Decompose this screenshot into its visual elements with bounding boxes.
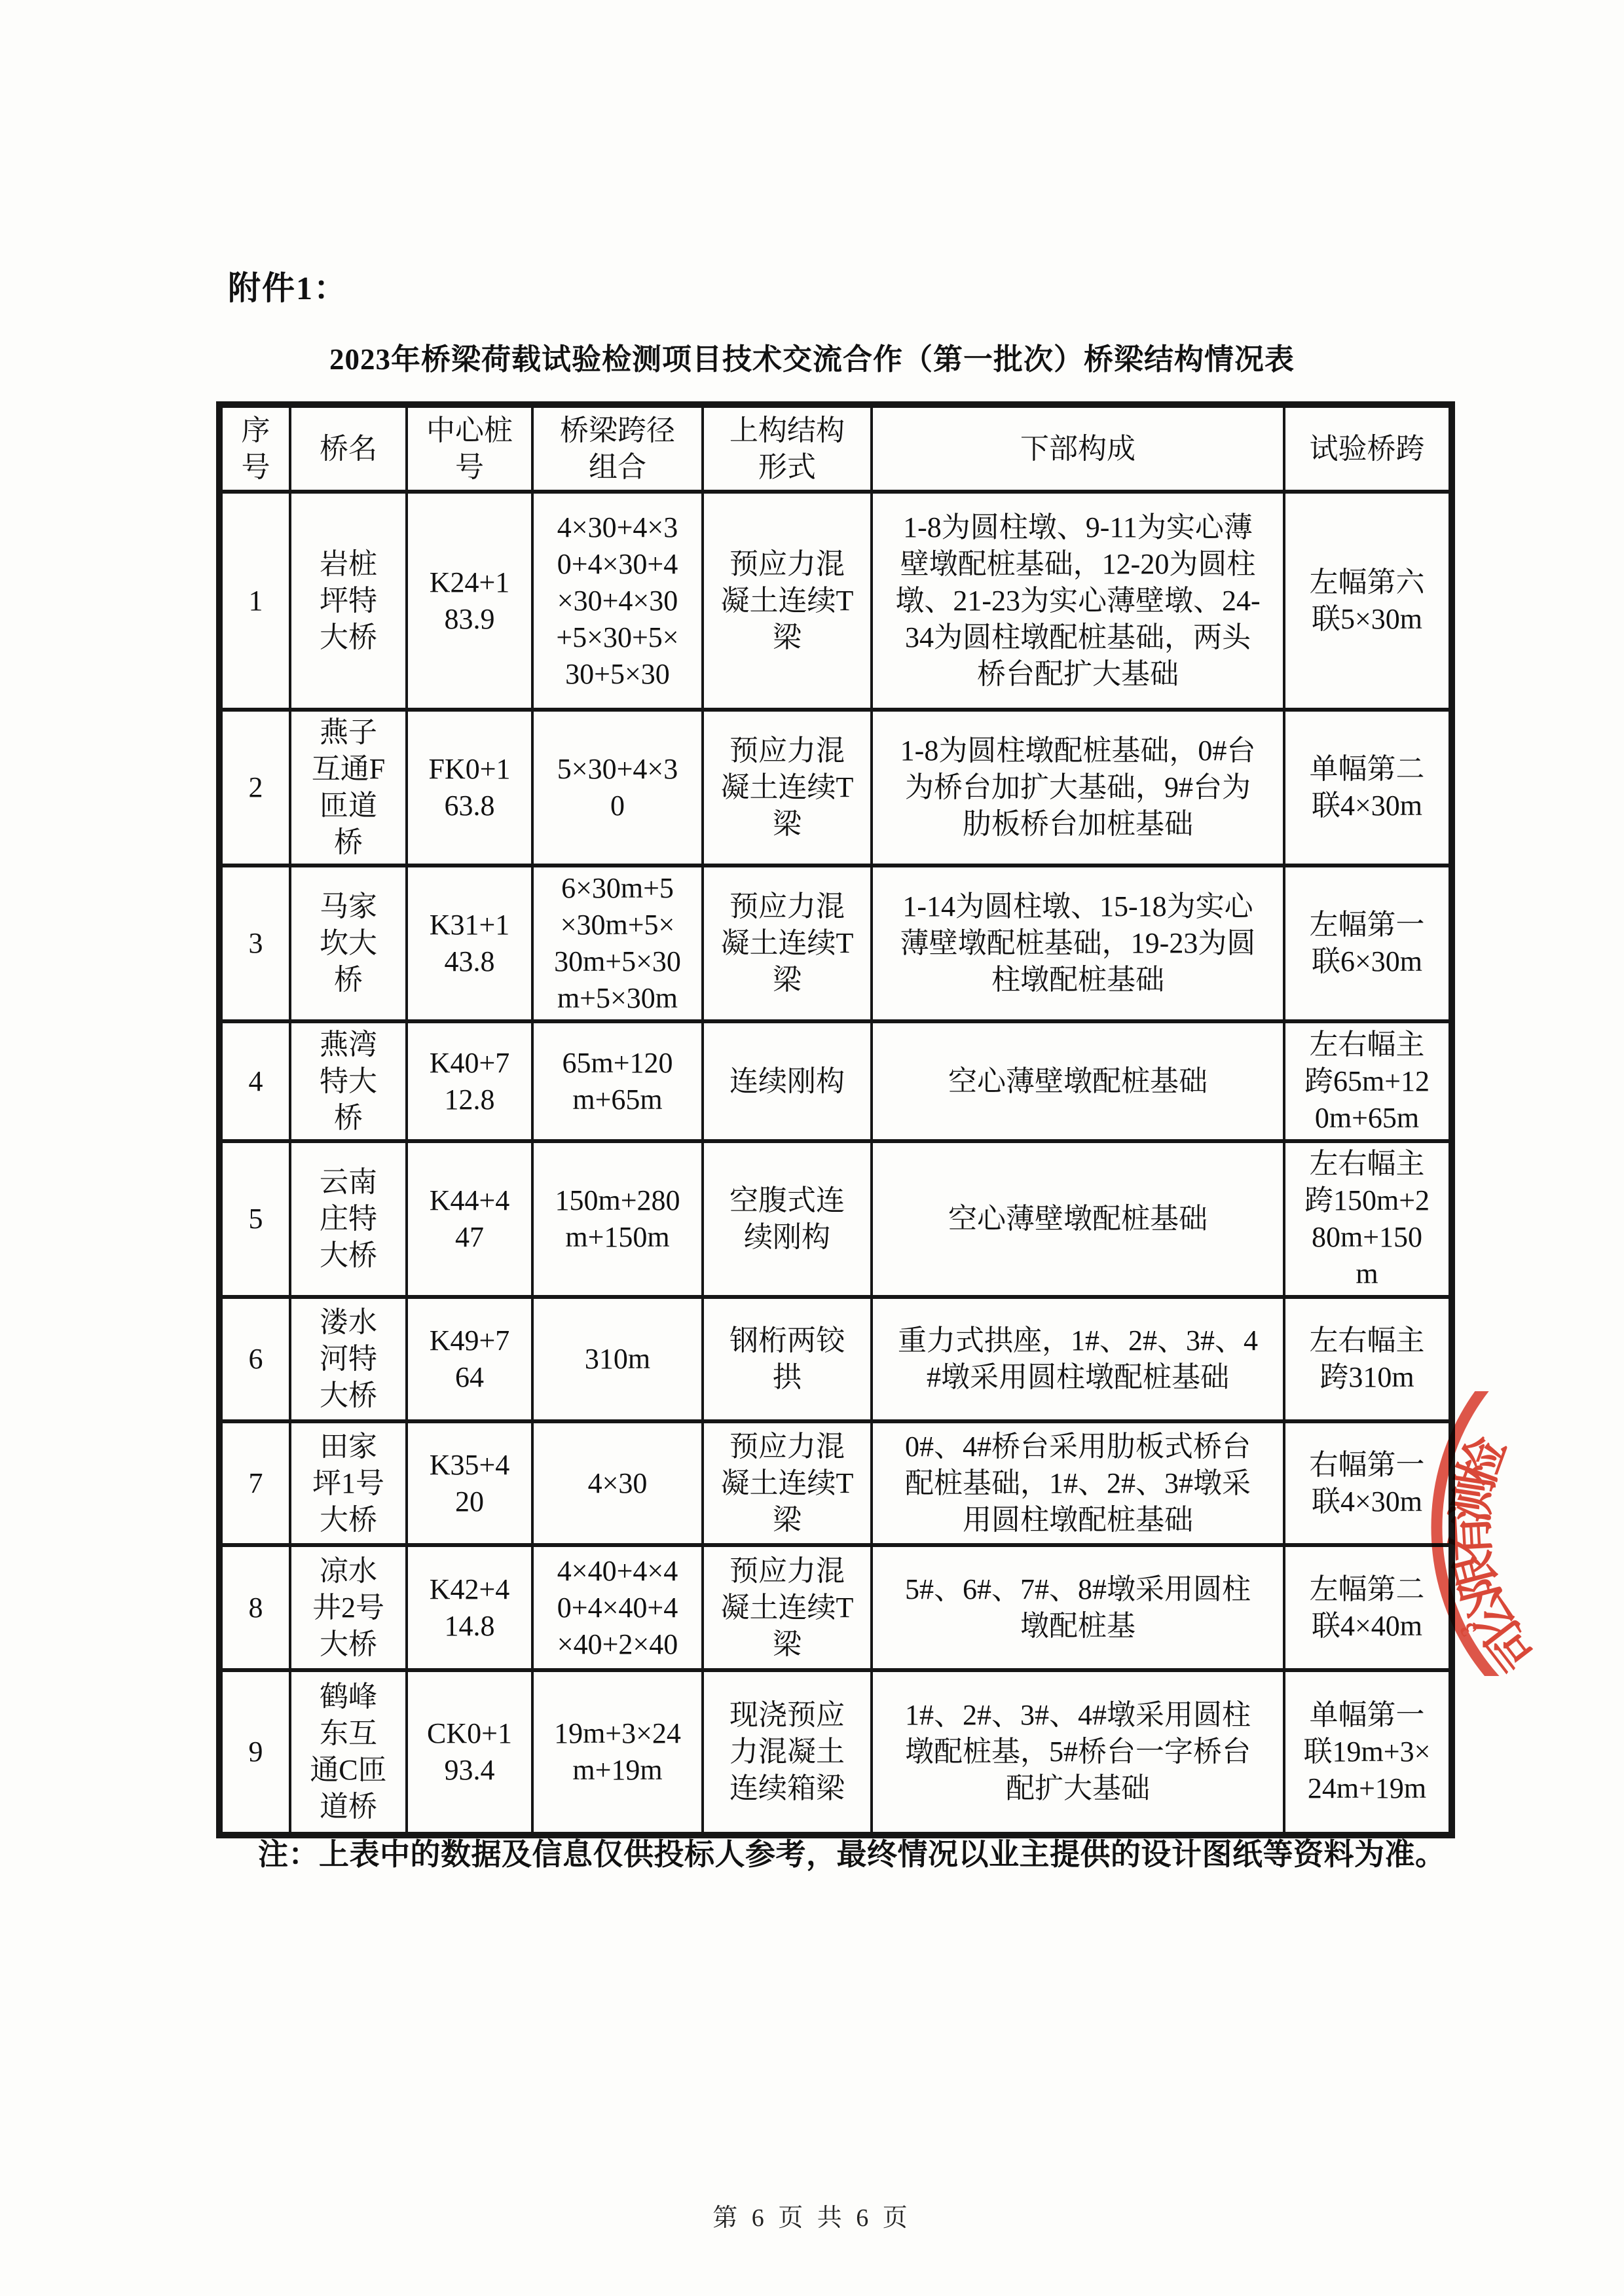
cell-substructure: 1-8为圆柱墩、9-11为实心薄壁墩配桩基础，12-20为圆柱墩、21-23为实… (872, 492, 1284, 710)
cell-test-span: 右幅第一联4×30m (1284, 1421, 1452, 1545)
stamp-digit: 3 (1455, 1618, 1481, 1641)
stamp-char-4: 限 (1447, 1546, 1509, 1605)
table-row: 7田家坪1号大桥K35+4204×30预应力混凝土连续T梁0#、4#桥台采用肋板… (219, 1421, 1452, 1545)
cell-serial: 2 (219, 710, 290, 866)
cell-bridge-name: 燕湾特大桥 (290, 1021, 407, 1141)
page-number: 第 6 页 共 6 页 (0, 2197, 1624, 2233)
header-cell-substructure: 下部构成 (872, 405, 1284, 492)
table-row: 5云南庄特大桥K44+447150m+280m+150m空腹式连续刚构空心薄壁墩… (219, 1141, 1452, 1297)
table-row: 1岩桩坪特大桥K24+183.94×30+4×30+4×30+4×30+4×30… (219, 492, 1452, 710)
cell-span-combination: 5×30+4×30 (532, 710, 703, 866)
cell-bridge-name: 凉水井2号大桥 (290, 1545, 407, 1670)
cell-serial: 4 (219, 1021, 290, 1141)
stamp-char-1: 检 (1450, 1430, 1516, 1493)
table-row: 3马家坎大桥K31+143.86×30m+5×30m+5×30m+5×30m+5… (219, 866, 1452, 1021)
cell-bridge-name: 溇水河特大桥 (290, 1297, 407, 1421)
cell-test-span: 左右幅主跨150m+280m+150m (1284, 1141, 1452, 1297)
cell-substructure: 空心薄壁墩配桩基础 (872, 1021, 1284, 1141)
cell-bridge-name: 鹤峰东互通C匝道桥 (290, 1670, 407, 1835)
cell-superstructure-type: 预应力混凝土连续T梁 (703, 1545, 872, 1670)
cell-substructure: 空心薄壁墩配桩基础 (872, 1141, 1284, 1297)
cell-center-station: FK0+163.8 (407, 710, 532, 866)
cell-serial: 1 (219, 492, 290, 710)
note-text: 注：上表中的数据及信息仅供投标人参考，最终情况以业主提供的设计图纸等资料为准。 (258, 1831, 1446, 1874)
cell-superstructure-type: 连续刚构 (703, 1021, 872, 1141)
cell-span-combination: 19m+3×24m+19m (532, 1670, 703, 1835)
cell-test-span: 左幅第一联6×30m (1284, 866, 1452, 1021)
cell-test-span: 左幅第六联5×30m (1284, 492, 1452, 710)
table-row: 6溇水河特大桥K49+764310m钢桁两铰拱重力式拱座，1#、2#、3#、4#… (219, 1297, 1452, 1421)
header-cell-span-combo: 桥梁跨径组合 (532, 405, 703, 492)
attachment-label: 附件1： (228, 262, 348, 309)
page-title: 2023年桥梁荷载试验检测项目技术交流合作（第一批次）桥梁结构情况表 (0, 335, 1624, 378)
cell-bridge-name: 燕子互通F匝道桥 (290, 710, 407, 866)
cell-test-span: 单幅第二联4×30m (1284, 710, 1452, 866)
header-cell-superstructure: 上构结构形式 (703, 405, 872, 492)
table-row: 9鹤峰东互通C匝道桥CK0+193.419m+3×24m+19m现浇预应力混凝土… (219, 1670, 1452, 1835)
scanned-document-page: 附件1： 2023年桥梁荷载试验检测项目技术交流合作（第一批次）桥梁结构情况表 … (0, 0, 1624, 2296)
cell-substructure: 5#、6#、7#、8#墩采用圆柱墩配桩基 (872, 1545, 1284, 1670)
cell-superstructure-type: 预应力混凝土连续T梁 (703, 1421, 872, 1545)
table-row: 4燕湾特大桥K40+712.865m+120m+65m连续刚构空心薄壁墩配桩基础… (219, 1021, 1452, 1141)
header-cell-serial: 序号 (219, 405, 290, 492)
table-row: 8凉水井2号大桥K42+414.84×40+4×40+4×40+4×40+2×4… (219, 1545, 1452, 1670)
cell-span-combination: 6×30m+5×30m+5×30m+5×30m+5×30m (532, 866, 703, 1021)
cell-serial: 9 (219, 1670, 290, 1835)
cell-span-combination: 4×40+4×40+4×40+4×40+2×40 (532, 1545, 703, 1670)
table-row: 2燕子互通F匝道桥FK0+163.85×30+4×30预应力混凝土连续T梁1-8… (219, 710, 1452, 866)
cell-bridge-name: 岩桩坪特大桥 (290, 492, 407, 710)
header-cell-center-station: 中心桩号 (407, 405, 532, 492)
cell-serial: 7 (219, 1421, 290, 1545)
cell-substructure: 1-8为圆柱墩配桩基础，0#台为桥台加扩大基础，9#台为肋板桥台加桩基础 (872, 710, 1284, 866)
table-header-row: 序号 桥名 中心桩号 桥梁跨径组合 上构结构形式 下部构成 试验桥跨 (219, 405, 1452, 492)
cell-substructure: 重力式拱座，1#、2#、3#、4#墩采用圆柱墩配桩基础 (872, 1297, 1284, 1421)
cell-substructure: 0#、4#桥台采用肋板式桥台配桩基础，1#、2#、3#墩采用圆柱墩配桩基础 (872, 1421, 1284, 1545)
cell-substructure: 1#、2#、3#、4#墩采用圆柱墩配桩基，5#桥台一字桥台配扩大基础 (872, 1670, 1284, 1835)
cell-center-station: CK0+193.4 (407, 1670, 532, 1835)
cell-test-span: 单幅第一联19m+3×24m+19m (1284, 1670, 1452, 1835)
cell-serial: 3 (219, 866, 290, 1021)
cell-span-combination: 4×30+4×30+4×30+4×30+4×30+5×30+5×30+5×30 (532, 492, 703, 710)
cell-center-station: K49+764 (407, 1297, 532, 1421)
cell-superstructure-type: 现浇预应力混凝土连续箱梁 (703, 1670, 872, 1835)
bridge-table-body: 1岩桩坪特大桥K24+183.94×30+4×30+4×30+4×30+4×30… (219, 492, 1452, 1835)
cell-span-combination: 4×30 (532, 1421, 703, 1545)
cell-superstructure-type: 预应力混凝土连续T梁 (703, 710, 872, 866)
cell-serial: 5 (219, 1141, 290, 1297)
cell-serial: 8 (219, 1545, 290, 1670)
cell-span-combination: 150m+280m+150m (532, 1141, 703, 1297)
cell-bridge-name: 云南庄特大桥 (290, 1141, 407, 1297)
cell-test-span: 左幅第二联4×40m (1284, 1545, 1452, 1670)
bridge-structure-table: 序号 桥名 中心桩号 桥梁跨径组合 上构结构形式 下部构成 试验桥跨 1岩桩坪特… (216, 401, 1455, 1838)
cell-center-station: K31+143.8 (407, 866, 532, 1021)
cell-superstructure-type: 预应力混凝土连续T梁 (703, 492, 872, 710)
stamp-char-6: 司 (1476, 1611, 1546, 1676)
cell-center-station: K35+420 (407, 1421, 532, 1545)
stamp-ring (1437, 1391, 1624, 1676)
cell-span-combination: 310m (532, 1297, 703, 1421)
cell-test-span: 左右幅主跨65m+120m+65m (1284, 1021, 1452, 1141)
cell-superstructure-type: 空腹式连续刚构 (703, 1141, 872, 1297)
cell-bridge-name: 马家坎大桥 (290, 866, 407, 1021)
cell-test-span: 左右幅主跨310m (1284, 1297, 1452, 1421)
header-cell-test-span: 试验桥跨 (1284, 405, 1452, 492)
cell-superstructure-type: 钢桁两铰拱 (703, 1297, 872, 1421)
cell-center-station: K40+712.8 (407, 1021, 532, 1141)
cell-center-station: K44+447 (407, 1141, 532, 1297)
stamp-char-5: 公 (1457, 1579, 1524, 1645)
cell-substructure: 1-14为圆柱墩、15-18为实心薄壁墩配桩基础，19-23为圆柱墩配桩基础 (872, 866, 1284, 1021)
cell-bridge-name: 田家坪1号大桥 (290, 1421, 407, 1545)
cell-serial: 6 (219, 1297, 290, 1421)
cell-center-station: K24+183.9 (407, 492, 532, 710)
cell-superstructure-type: 预应力混凝土连续T梁 (703, 866, 872, 1021)
cell-center-station: K42+414.8 (407, 1545, 532, 1670)
cell-span-combination: 65m+120m+65m (532, 1021, 703, 1141)
header-cell-bridge-name: 桥名 (290, 405, 407, 492)
